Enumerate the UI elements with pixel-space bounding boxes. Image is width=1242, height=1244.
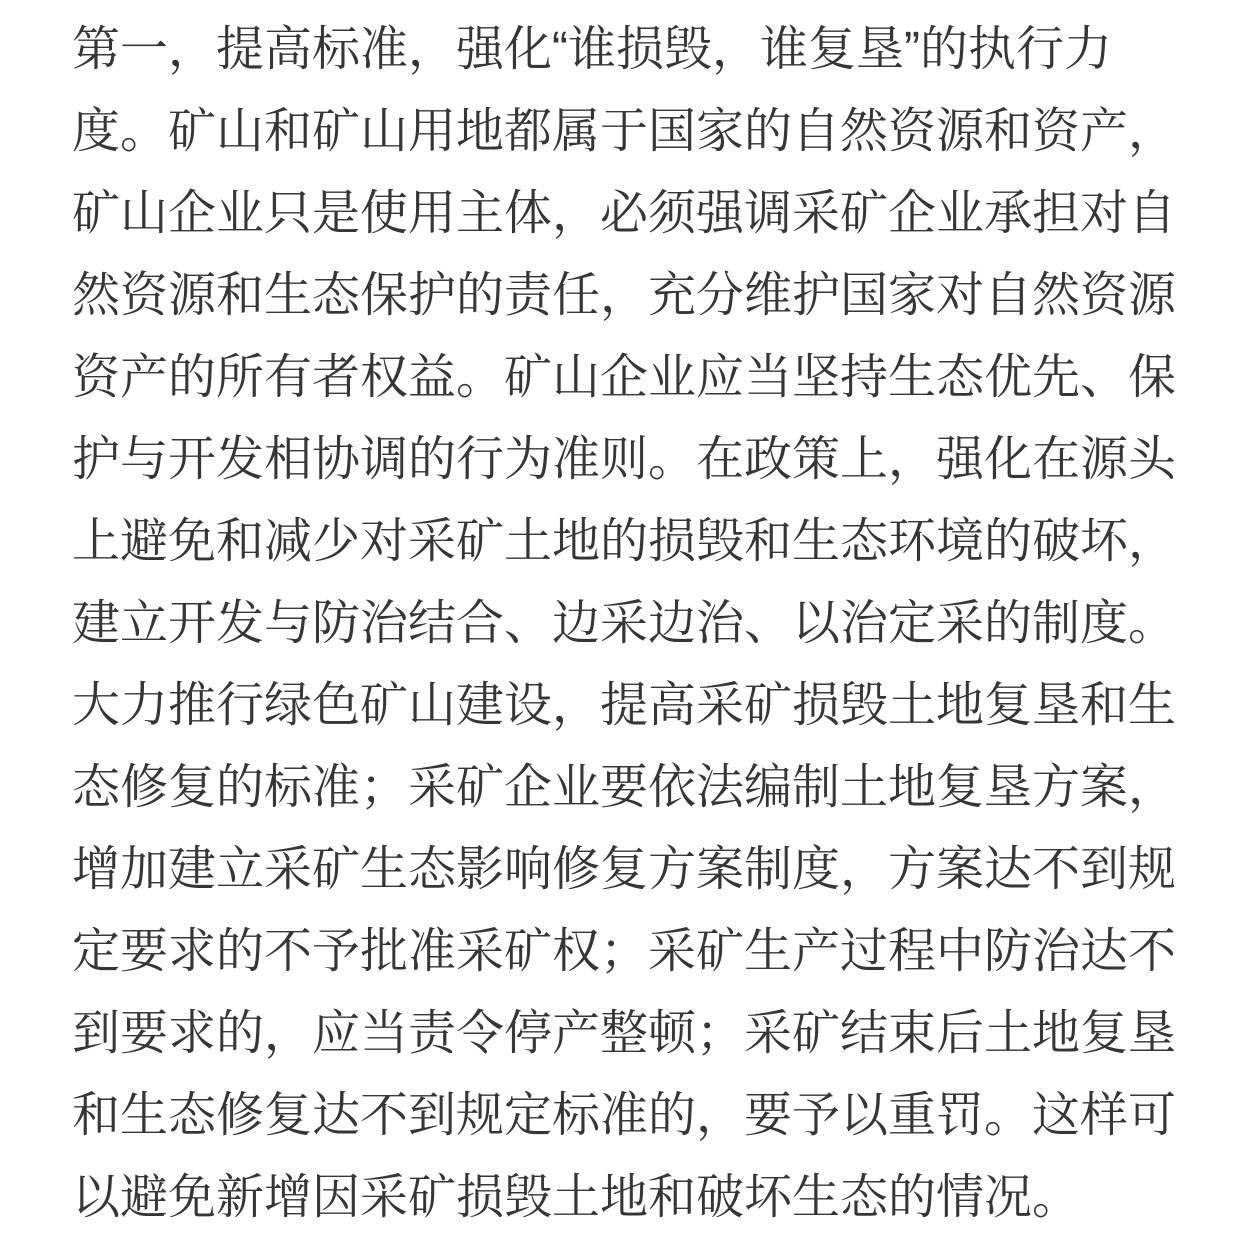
text-line: 资产的所有者权益。矿山企业应当坚持生态优先、保 (72, 337, 1202, 419)
text-line: 定要求的不予批准采矿权；采矿生产过程中防治达不 (72, 911, 1202, 993)
text-line: 以避免新增因采矿损毁土地和破坏生态的情况。 (72, 1157, 1202, 1239)
text-line: 增加建立采矿生态影响修复方案制度，方案达不到规 (72, 829, 1202, 911)
text-line: 第一，提高标准，强化“谁损毁，谁复垦”的执行力 (72, 9, 1202, 91)
text-line: 建立开发与防治结合、边采边治、以治定采的制度。 (72, 583, 1202, 665)
text-line: 和生态修复达不到规定标准的，要予以重罚。这样可 (72, 1075, 1202, 1157)
text-line: 态修复的标准；采矿企业要依法编制土地复垦方案， (72, 747, 1202, 829)
text-line: 上避免和减少对采矿土地的损毁和生态环境的破坏， (72, 501, 1202, 583)
text-line: 护与开发相协调的行为准则。在政策上，强化在源头 (72, 419, 1202, 501)
text-line: 大力推行绿色矿山建设，提高采矿损毁土地复垦和生 (72, 665, 1202, 747)
text-line: 矿山企业只是使用主体，必须强调采矿企业承担对自 (72, 173, 1202, 255)
text-line: 然资源和生态保护的责任，充分维护国家对自然资源 (72, 255, 1202, 337)
paragraph: 第一，提高标准，强化“谁损毁，谁复垦”的执行力 度。矿山和矿山用地都属于国家的自… (0, 0, 1242, 1239)
text-line: 度。矿山和矿山用地都属于国家的自然资源和资产， (72, 91, 1202, 173)
text-line: 到要求的，应当责令停产整顿；采矿结束后土地复垦 (72, 993, 1202, 1075)
